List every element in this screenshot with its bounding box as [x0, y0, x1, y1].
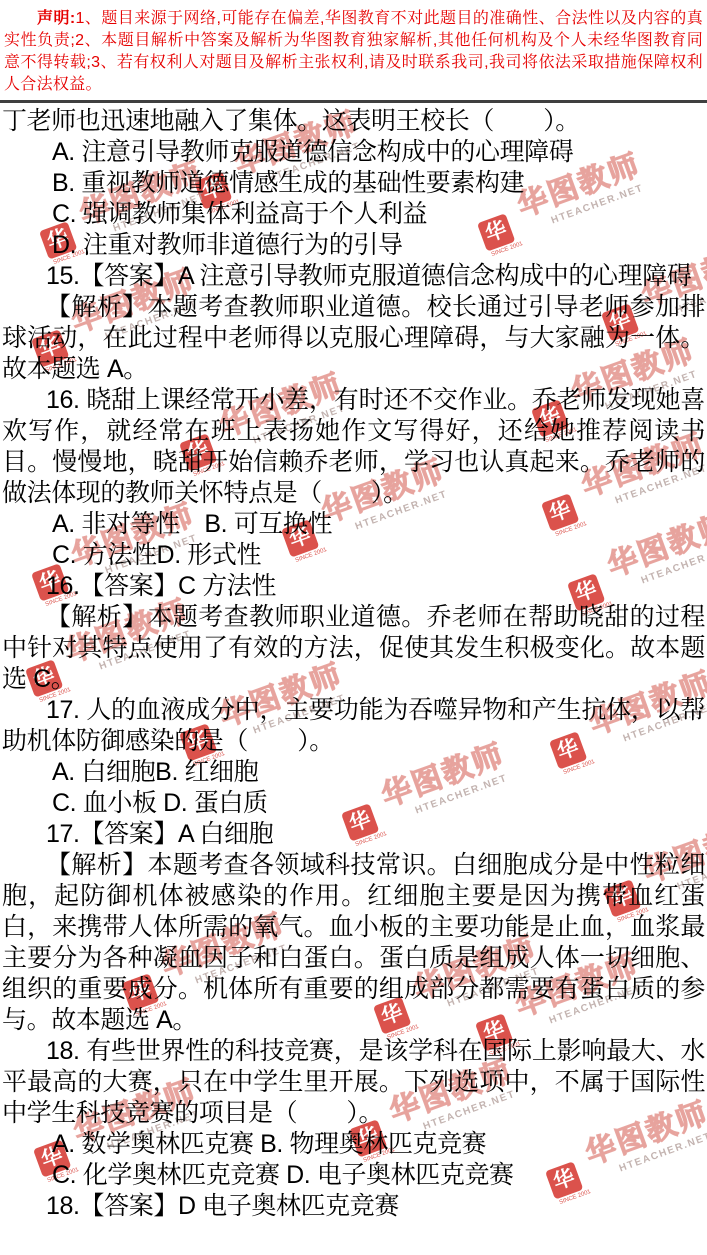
analysis-paragraph: 【解析】本题考查教师职业道德。乔老师在帮助晓甜的过程中针对其特点使用了有效的方法… [2, 602, 705, 695]
option-row: C. 血小板 D. 蛋白质 [2, 788, 705, 819]
option-row: D. 注重对教师非道德行为的引导 [2, 230, 705, 261]
disclaimer-notice: 声明:1、题目来源于网络,可能存在偏差,华图教育不对此题目的准确性、合法性以及内… [0, 0, 707, 100]
answer-line: 17.【答案】A 白细胞 [2, 819, 705, 850]
question-paragraph: 17. 人的血液成分中，主要功能为吞噬异物和产生抗体，以帮助机体防御感染的是（ … [2, 695, 705, 757]
option-row: A. 白细胞B. 红细胞 [2, 757, 705, 788]
analysis-paragraph: 【解析】本题考查各领域科技常识。白细胞成分是中性粒细胞，起防御机体被感染的作用。… [2, 850, 705, 1036]
question-paragraph: 18. 有些世界性的科技竞赛，是该学科在国际上影响最大、水平最高的大赛，只在中学… [2, 1036, 705, 1129]
disclaimer-text: 1、题目来源于网络,可能存在偏差,华图教育不对此题目的准确性、合法性以及内容的真… [4, 10, 703, 93]
disclaimer-label: 声明: [37, 10, 76, 27]
answer-line: 16.【答案】C 方法性 [2, 571, 705, 602]
option-row: A. 注意引导教师克服道德信念构成中的心理障碍 [2, 137, 705, 168]
answer-line: 18.【答案】D 电子奥林匹克竞赛 [2, 1191, 705, 1222]
option-row: C. 方法性D. 形式性 [2, 540, 705, 571]
option-row: C. 化学奥林匹克竞赛 D. 电子奥林匹克竞赛 [2, 1160, 705, 1191]
option-row: B. 重视教师道德情感生成的基础性要素构建 [2, 168, 705, 199]
answer-line: 15.【答案】A 注意引导教师克服道德信念构成中的心理障碍 [2, 261, 705, 292]
question-content: 丁老师也迅速地融入了集体。这表明王校长（ ）。A. 注意引导教师克服道德信念构成… [0, 103, 707, 1222]
question-paragraph: 16. 晓甜上课经常开小差，有时还不交作业。乔老师发现她喜欢写作，就经常在班上表… [2, 385, 705, 509]
analysis-paragraph: 【解析】本题考查教师职业道德。校长通过引导老师参加排球活动，在此过程中老师得以克… [2, 292, 705, 385]
option-row: A. 数学奥林匹克赛 B. 物理奥林匹克竞赛 [2, 1129, 705, 1160]
option-row: A. 非对等性 B. 可互换性 [2, 509, 705, 540]
exam-document-page: 华SINCE 2001华图教师HTEACHER.NET华SINCE 2001华图… [0, 0, 707, 1255]
question-continuation: 丁老师也迅速地融入了集体。这表明王校长（ ）。 [2, 106, 705, 137]
option-row: C. 强调教师集体利益高于个人利益 [2, 199, 705, 230]
